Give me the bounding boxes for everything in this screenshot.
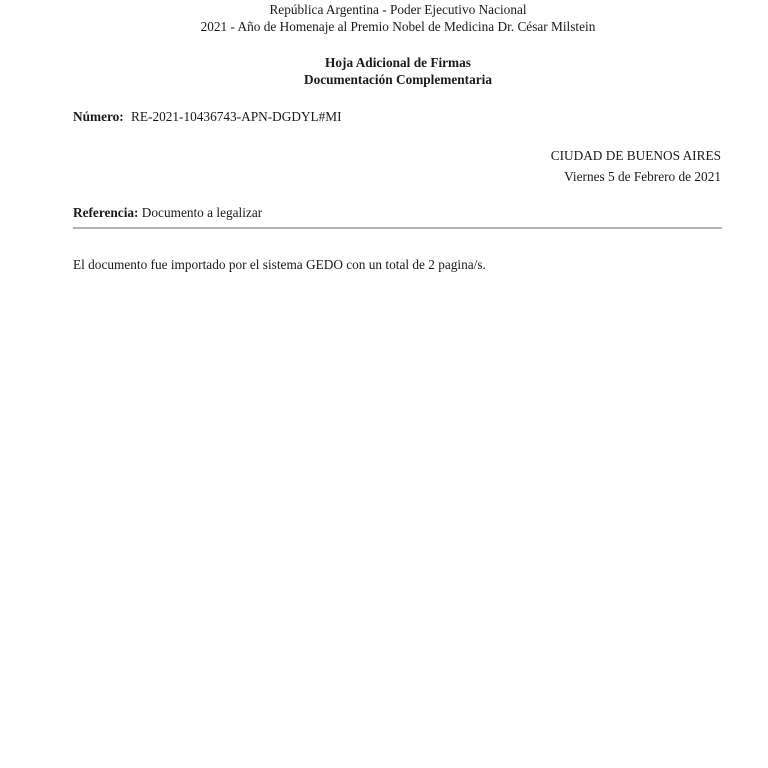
- numero-value: RE-2021-10436743-APN-DGDYL#MI: [131, 109, 342, 124]
- document-title: Hoja Adicional de Firmas: [0, 55, 768, 71]
- date: Viernes 5 de Febrero de 2021: [564, 169, 721, 185]
- numero-label: Número:: [73, 109, 124, 124]
- numero-row: Número: RE-2021-10436743-APN-DGDYL#MI: [73, 109, 342, 125]
- divider: [73, 227, 722, 229]
- body-text: El documento fue importado por el sistem…: [73, 257, 486, 273]
- referencia-label: Referencia:: [73, 205, 138, 220]
- header-line-1: República Argentina - Poder Ejecutivo Na…: [0, 2, 768, 18]
- header-line-2: 2021 - Año de Homenaje al Premio Nobel d…: [0, 19, 768, 35]
- document-subtitle: Documentación Complementaria: [0, 72, 768, 88]
- document-page: República Argentina - Poder Ejecutivo Na…: [0, 0, 768, 768]
- city: CIUDAD DE BUENOS AIRES: [551, 148, 721, 164]
- referencia-value: Documento a legalizar: [142, 205, 262, 220]
- referencia-row: Referencia: Documento a legalizar: [73, 205, 262, 221]
